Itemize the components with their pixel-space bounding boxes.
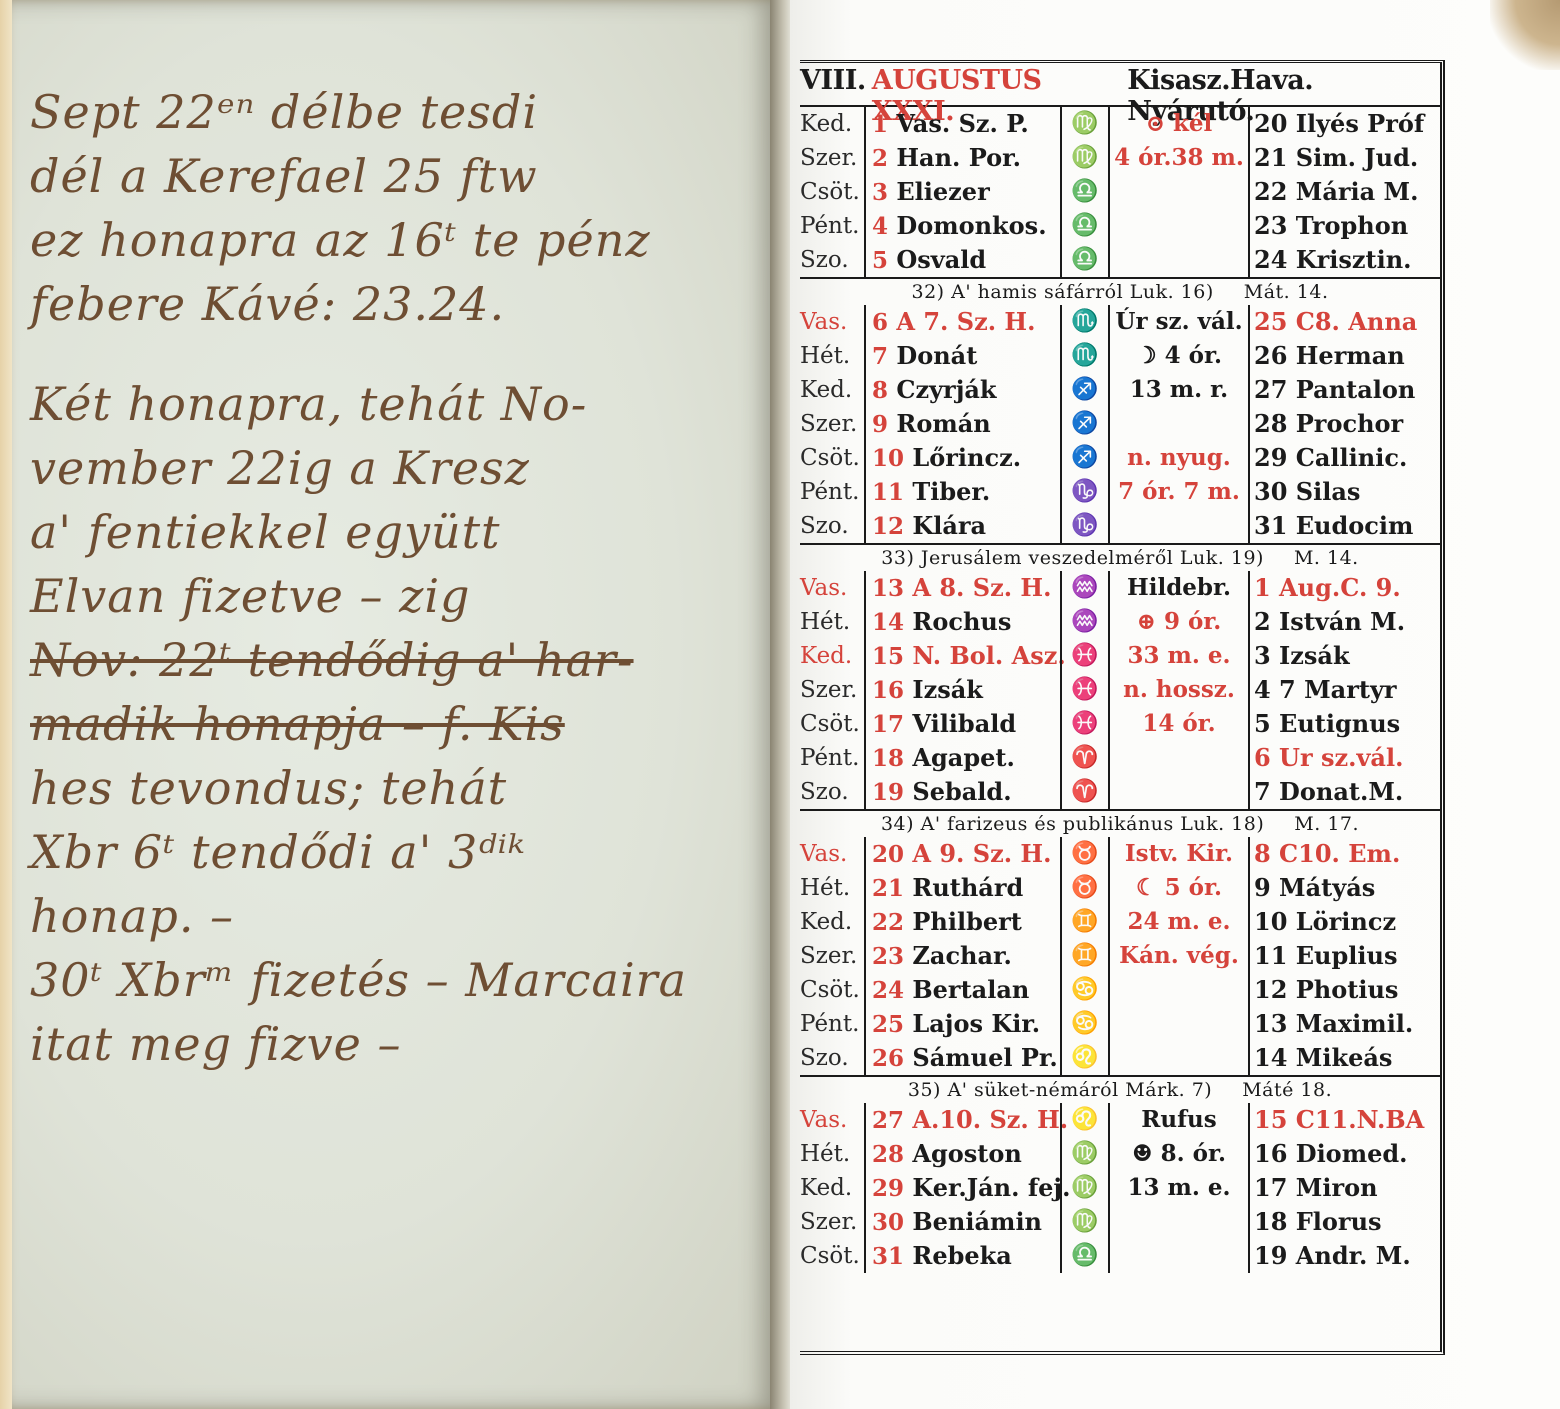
day-entry: 25 Lajos Kir. [872, 1007, 1060, 1041]
astronomical-note: 14 ór. [1110, 707, 1248, 741]
zodiac-sign-icon: ♍ [1071, 107, 1098, 141]
day-number: 12 [872, 513, 904, 540]
astronomical-note: 13 m. r. [1110, 373, 1248, 407]
old-style-date: 11 Euplius [1254, 939, 1440, 973]
astronomical-note: Úr sz. vál. [1110, 305, 1248, 339]
day-entry: 7 Donát [872, 339, 1060, 373]
astronomical-note [1110, 775, 1248, 809]
zodiac-sign-icon: ♍ [1071, 1205, 1098, 1239]
weekday-abbrev: Hét. [800, 339, 864, 373]
day-number: 31 [872, 1243, 904, 1270]
saint-name: Beniámin [912, 1207, 1042, 1236]
day-entry: 31 Rebeka [872, 1239, 1060, 1273]
zodiac-sign-icon: ♐ [1071, 407, 1098, 441]
weekday-abbrev: Szo. [800, 1041, 864, 1075]
zodiac-sign-icon: ♑ [1071, 509, 1098, 543]
weekday-abbrev: Pént. [800, 741, 864, 775]
calendar-weeks: Ked.Szer.Csöt.Pént.Szo.1 Vas. Sz. P.2 Ha… [800, 105, 1440, 1273]
zodiac-sign-icon: ♌ [1071, 1041, 1098, 1075]
zodiac-sign-icon: ♍ [1071, 141, 1098, 175]
weekday-abbrev: Csöt. [800, 973, 864, 1007]
day-entry: 29 Ker.Ján. fej. [872, 1171, 1060, 1205]
handwritten-line: 30ᵗ Xbrᵐ fizetés – Marcaira [30, 948, 760, 1012]
weekday-abbrev: Hét. [800, 871, 864, 905]
weekday-abbrev: Hét. [800, 605, 864, 639]
weekday-abbrev: Csöt. [800, 441, 864, 475]
day-entry: 16 Izsák [872, 673, 1060, 707]
day-number: 23 [872, 943, 904, 970]
old-style-date: 8 C10. Em. [1254, 837, 1440, 871]
astronomical-note [1110, 209, 1248, 243]
zodiac-sign-icon: ♏ [1071, 339, 1098, 373]
gospel-reading-heading: 35) A' süket-némáról Márk. 7)Máté 18. [800, 1075, 1440, 1103]
handwritten-line: vember 22ig a Kresz [30, 436, 760, 500]
handwritten-line: Nov: 22ᵗ tendődig a' har- [30, 628, 760, 692]
day-number: 11 [872, 479, 904, 506]
astronomical-note [1110, 1205, 1248, 1239]
old-style-date: 25 C8. Anna [1254, 305, 1440, 339]
old-style-date: 4 7 Martyr [1254, 673, 1440, 707]
day-entry: 22 Philbert [872, 905, 1060, 939]
day-number: 30 [872, 1209, 904, 1236]
astronomical-note: Rufus [1110, 1103, 1248, 1137]
saint-name: Vas. Sz. P. [896, 109, 1028, 138]
weekday-column: Vas.Hét.Ked.Szer.Csöt.Pént.Szo. [800, 571, 864, 809]
old-style-date: 3 Izsák [1254, 639, 1440, 673]
old-style-date: 23 Trophon [1254, 209, 1440, 243]
day-entry: 12 Klára [872, 509, 1060, 543]
calendar-week: Vas.Hét.Ked.Szer.Csöt.Pént.Szo.13 A 8. S… [800, 571, 1440, 809]
astronomical-note: 24 m. e. [1110, 905, 1248, 939]
zodiac-sign-icon: ♓ [1071, 673, 1098, 707]
day-entry: 10 Lőrincz. [872, 441, 1060, 475]
weekday-abbrev: Ked. [800, 1171, 864, 1205]
astronomical-note: 13 m. e. [1110, 1171, 1248, 1205]
astronomical-note: ☾ 5 ór. [1110, 871, 1248, 905]
weekday-abbrev: Csöt. [800, 1239, 864, 1273]
day-entry: 18 Agapet. [872, 741, 1060, 775]
weekday-abbrev: Ked. [800, 905, 864, 939]
day-number: 16 [872, 677, 904, 704]
saint-name: Izsák [912, 675, 983, 704]
astronomical-note: 4 ór.38 m. [1110, 141, 1248, 175]
astronomical-note [1110, 509, 1248, 543]
astronomy-column: Rufus☻ 8. ór.13 m. e. [1110, 1103, 1248, 1273]
zodiac-sign-icon: ♒ [1071, 571, 1098, 605]
gospel-reading-title: 35) A' süket-némáról Márk. 7) [908, 1079, 1212, 1101]
weekday-abbrev: Pént. [800, 1007, 864, 1041]
gospel-reading-reference: M. 17. [1294, 813, 1359, 835]
day-number: 15 [872, 643, 904, 670]
old-style-date: 5 Eutignus [1254, 707, 1440, 741]
day-entry: 28 Agoston [872, 1137, 1060, 1171]
saint-name: Román [896, 409, 990, 438]
weekday-abbrev: Ked. [800, 373, 864, 407]
astronomical-note [1110, 741, 1248, 775]
weekday-abbrev: Pént. [800, 475, 864, 509]
calendar-header: VIII. AUGUSTUS XXXI. Kisasz.Hava. Nyárut… [800, 63, 1440, 105]
weekday-abbrev: Szo. [800, 775, 864, 809]
weekday-abbrev: Ked. [800, 107, 864, 141]
zodiac-sign-icon: ♋ [1071, 973, 1098, 1007]
saint-name: Philbert [912, 907, 1022, 936]
saint-name: Zachar. [912, 941, 1011, 970]
zodiac-sign-icon: ♒ [1071, 605, 1098, 639]
zodiac-sign-icon: ♓ [1071, 639, 1098, 673]
saint-column: 6 A 7. Sz. H.7 Donát8 Czyrják9 Román10 L… [864, 305, 1060, 543]
saint-name: Lajos Kir. [912, 1009, 1040, 1038]
calendar-week: Vas.Hét.Ked.Szer.Csöt.Pént.Szo.20 A 9. S… [800, 837, 1440, 1075]
astronomy-column: Hildebr.⊕ 9 ór.33 m. e.n. hossz.14 ór. [1110, 571, 1248, 809]
weekday-abbrev: Ked. [800, 639, 864, 673]
calendar-week: Vas.Hét.Ked.Szer.Csöt.Pént.Szo.6 A 7. Sz… [800, 305, 1440, 543]
saint-name: Czyrják [896, 375, 996, 404]
day-number: 22 [872, 909, 904, 936]
day-number: 17 [872, 711, 904, 738]
saint-name: Ruthárd [912, 873, 1023, 902]
saint-name: Lőrincz. [912, 443, 1021, 472]
zodiac-sign-icon: ♍ [1071, 1171, 1098, 1205]
saint-name: Klára [912, 511, 986, 540]
astronomical-note [1110, 1041, 1248, 1075]
old-style-calendar-column: 20 Ilyés Próf21 Sim. Jud.22 Mária M.23 T… [1248, 107, 1440, 277]
weekday-abbrev: Szer. [800, 939, 864, 973]
zodiac-column: ♌♍♍♍♎ [1060, 1103, 1110, 1273]
weekday-column: Vas.Hét.Ked.Szer.Csöt.Pént.Szo. [800, 837, 864, 1075]
gospel-reading-title: 34) A' farizeus és publikánus Luk. 18) [881, 813, 1264, 835]
zodiac-column: ♒♒♓♓♓♈♈ [1060, 571, 1110, 809]
handwritten-line: Két honapra, tehát No- [30, 372, 760, 436]
saint-column: 1 Vas. Sz. P.2 Han. Por.3 Eliezer4 Domon… [864, 107, 1060, 277]
old-style-date: 31 Eudocim [1254, 509, 1440, 543]
astronomical-note: ☻ 8. ór. [1110, 1137, 1248, 1171]
astronomical-note [1110, 973, 1248, 1007]
weekday-abbrev: Vas. [800, 1103, 864, 1137]
day-number: 13 [872, 575, 904, 602]
old-style-calendar-column: 15 C11.N.BA16 Diomed.17 Miron18 Florus19… [1248, 1103, 1440, 1273]
saint-name: Ker.Ján. fej. [912, 1173, 1070, 1202]
zodiac-sign-icon: ♋ [1071, 1007, 1098, 1041]
saint-name: Domonkos. [896, 211, 1046, 240]
astronomical-note: n. hossz. [1110, 673, 1248, 707]
gospel-reading-reference: Mát. 14. [1244, 281, 1329, 303]
zodiac-column: ♉♉♊♊♋♋♌ [1060, 837, 1110, 1075]
weekday-abbrev: Szer. [800, 141, 864, 175]
weekday-column: Vas.Hét.Ked.Szer.Csöt.Pént.Szo. [800, 305, 864, 543]
zodiac-column: ♍♍♎♎♎ [1060, 107, 1110, 277]
zodiac-sign-icon: ♐ [1071, 373, 1098, 407]
day-number: 29 [872, 1175, 904, 1202]
old-style-date: 16 Diomed. [1254, 1137, 1440, 1171]
handwritten-line [30, 336, 760, 372]
weekday-abbrev: Vas. [800, 305, 864, 339]
day-entry: 9 Román [872, 407, 1060, 441]
saint-name: Eliezer [896, 177, 989, 206]
zodiac-sign-icon: ♎ [1071, 243, 1098, 277]
old-style-date: 26 Herman [1254, 339, 1440, 373]
handwritten-notes: Sept 22ᵉⁿ délbe tesdidél a Kerefael 25 f… [30, 80, 760, 1076]
zodiac-sign-icon: ♊ [1071, 905, 1098, 939]
zodiac-sign-icon: ♎ [1071, 209, 1098, 243]
astronomical-note [1110, 1239, 1248, 1273]
saint-name: Han. Por. [896, 143, 1021, 172]
zodiac-sign-icon: ♍ [1071, 1137, 1098, 1171]
saint-name: Sebald. [912, 777, 1011, 806]
saint-name: N. Bol. Asz. [912, 641, 1065, 670]
saint-name: Agoston [912, 1139, 1021, 1168]
saint-name: Agapet. [912, 743, 1014, 772]
saint-name: A 7. Sz. H. [896, 307, 1035, 336]
astronomical-note [1110, 407, 1248, 441]
day-number: 24 [872, 977, 904, 1004]
day-entry: 19 Sebald. [872, 775, 1060, 809]
day-number: 4 [872, 213, 888, 240]
calendar-week: Ked.Szer.Csöt.Pént.Szo.1 Vas. Sz. P.2 Ha… [800, 107, 1440, 277]
weekday-abbrev: Szo. [800, 243, 864, 277]
weekday-abbrev: Pént. [800, 209, 864, 243]
day-entry: 3 Eliezer [872, 175, 1060, 209]
old-style-date: 6 Ur sz.vál. [1254, 741, 1440, 775]
handwritten-line: honap. – [30, 884, 760, 948]
astronomical-note [1110, 1007, 1248, 1041]
saint-name: Osvald [896, 245, 986, 274]
old-style-calendar-column: 1 Aug.C. 9.2 István M.3 Izsák4 7 Martyr5… [1248, 571, 1440, 809]
astronomical-note: Hildebr. [1110, 571, 1248, 605]
astronomical-note: Istv. Kir. [1110, 837, 1248, 871]
old-style-date: 27 Pantalon [1254, 373, 1440, 407]
astronomical-note [1110, 243, 1248, 277]
weekday-abbrev: Csöt. [800, 175, 864, 209]
weekday-column: Ked.Szer.Csöt.Pént.Szo. [800, 107, 864, 277]
saint-name: Tiber. [912, 477, 990, 506]
astronomical-note: ⊕ 9 ór. [1110, 605, 1248, 639]
day-entry: 20 A 9. Sz. H. [872, 837, 1060, 871]
day-entry: 5 Osvald [872, 243, 1060, 277]
old-style-date: 24 Krisztin. [1254, 243, 1440, 277]
day-number: 10 [872, 445, 904, 472]
day-number: 25 [872, 1011, 904, 1038]
saint-column: 27 A.10. Sz. H.28 Agoston29 Ker.Ján. fej… [864, 1103, 1060, 1273]
zodiac-sign-icon: ♈ [1071, 775, 1098, 809]
old-style-date: 7 Donat.M. [1254, 775, 1440, 809]
old-style-date: 10 Lörincz [1254, 905, 1440, 939]
zodiac-sign-icon: ♏ [1071, 305, 1098, 339]
page-edge [0, 0, 12, 1409]
old-style-date: 29 Callinic. [1254, 441, 1440, 475]
day-entry: 11 Tiber. [872, 475, 1060, 509]
astronomical-note: ☽ 4 ór. [1110, 339, 1248, 373]
weekday-abbrev: Vas. [800, 571, 864, 605]
day-number: 6 [872, 309, 888, 336]
day-number: 18 [872, 745, 904, 772]
astronomical-note: n. nyug. [1110, 441, 1248, 475]
day-number: 3 [872, 179, 888, 206]
day-entry: 4 Domonkos. [872, 209, 1060, 243]
day-entry: 6 A 7. Sz. H. [872, 305, 1060, 339]
zodiac-sign-icon: ♎ [1071, 1239, 1098, 1273]
weekday-abbrev: Vas. [800, 837, 864, 871]
book-gutter [770, 0, 792, 1409]
zodiac-sign-icon: ♓ [1071, 707, 1098, 741]
saint-name: Vilibald [912, 709, 1016, 738]
old-style-date: 22 Mária M. [1254, 175, 1440, 209]
handwritten-line: febere Kávé: 23.24. [30, 272, 760, 336]
day-number: 9 [872, 411, 888, 438]
old-style-date: 15 C11.N.BA [1254, 1103, 1440, 1137]
day-number: 7 [872, 343, 888, 370]
weekday-abbrev: Szer. [800, 673, 864, 707]
handwritten-line: hes tevondus; tehát [30, 756, 760, 820]
old-style-date: 12 Photius [1254, 973, 1440, 1007]
month-roman-numeral: VIII. [800, 65, 866, 96]
gospel-reading-heading: 34) A' farizeus és publikánus Luk. 18)M.… [800, 809, 1440, 837]
day-entry: 8 Czyrják [872, 373, 1060, 407]
day-number: 2 [872, 145, 888, 172]
old-style-date: 1 Aug.C. 9. [1254, 571, 1440, 605]
day-number: 27 [872, 1107, 904, 1134]
day-number: 21 [872, 875, 904, 902]
day-entry: 27 A.10. Sz. H. [872, 1103, 1060, 1137]
zodiac-sign-icon: ♉ [1071, 871, 1098, 905]
weekday-abbrev: Szer. [800, 407, 864, 441]
old-style-date: 19 Andr. M. [1254, 1239, 1440, 1273]
old-style-calendar-column: 25 C8. Anna26 Herman27 Pantalon28 Procho… [1248, 305, 1440, 543]
handwritten-line: ez honapra az 16ᵗ te pénz [30, 208, 760, 272]
day-number: 28 [872, 1141, 904, 1168]
saint-name: Donát [896, 341, 977, 370]
weekday-abbrev: Csöt. [800, 707, 864, 741]
zodiac-sign-icon: ♐ [1071, 441, 1098, 475]
handwritten-line: Xbr 6ᵗ tendődi a' 3ᵈⁱᵏ [30, 820, 760, 884]
august-calendar: VIII. AUGUSTUS XXXI. Kisasz.Hava. Nyárut… [800, 60, 1445, 1355]
handwritten-page: Sept 22ᵉⁿ délbe tesdidél a Kerefael 25 f… [0, 0, 780, 1409]
day-entry: 14 Rochus [872, 605, 1060, 639]
weekday-abbrev: Szo. [800, 509, 864, 543]
day-entry: 24 Bertalan [872, 973, 1060, 1007]
zodiac-sign-icon: ♉ [1071, 837, 1098, 871]
gospel-reading-heading: 32) A' hamis sáfárról Luk. 16)Mát. 14. [800, 277, 1440, 305]
zodiac-sign-icon: ♑ [1071, 475, 1098, 509]
zodiac-sign-icon: ♎ [1071, 175, 1098, 209]
day-number: 5 [872, 247, 888, 274]
gospel-reading-reference: M. 14. [1294, 547, 1359, 569]
old-style-date: 14 Mikeás [1254, 1041, 1440, 1075]
astronomy-column: Istv. Kir.☾ 5 ór.24 m. e.Kán. vég. [1110, 837, 1248, 1075]
old-style-date: 2 István M. [1254, 605, 1440, 639]
saint-name: Rebeka [912, 1241, 1011, 1270]
handwritten-line: dél a Kerefael 25 ftw [30, 144, 760, 208]
day-entry: 2 Han. Por. [872, 141, 1060, 175]
open-almanac-spread: Sept 22ᵉⁿ délbe tesdidél a Kerefael 25 f… [0, 0, 1560, 1409]
handwritten-line: madik honapja – f. Kis [30, 692, 760, 756]
zodiac-sign-icon: ♊ [1071, 939, 1098, 973]
day-entry: 15 N. Bol. Asz. [872, 639, 1060, 673]
saint-name: Sámuel Pr. [912, 1043, 1057, 1072]
day-entry: 30 Beniámin [872, 1205, 1060, 1239]
saint-column: 20 A 9. Sz. H.21 Ruthárd22 Philbert23 Za… [864, 837, 1060, 1075]
old-style-date: 9 Mátyás [1254, 871, 1440, 905]
day-entry: 13 A 8. Sz. H. [872, 571, 1060, 605]
saint-name: Rochus [912, 607, 1011, 636]
day-entry: 23 Zachar. [872, 939, 1060, 973]
day-number: 19 [872, 779, 904, 806]
gospel-reading-heading: 33) Jerusálem veszedelméről Luk. 19)M. 1… [800, 543, 1440, 571]
day-number: 8 [872, 377, 888, 404]
saint-name: Bertalan [912, 975, 1029, 1004]
saint-name: A.10. Sz. H. [912, 1105, 1068, 1134]
gospel-reading-reference: Máté 18. [1242, 1079, 1332, 1101]
gospel-reading-title: 32) A' hamis sáfárról Luk. 16) [912, 281, 1214, 303]
astronomy-column: ⊙ kél4 ór.38 m. [1110, 107, 1248, 277]
handwritten-line: a' fentiekkel együtt [30, 500, 760, 564]
astronomical-note: 33 m. e. [1110, 639, 1248, 673]
astronomical-note [1110, 175, 1248, 209]
old-style-date: 21 Sim. Jud. [1254, 141, 1440, 175]
day-entry: 17 Vilibald [872, 707, 1060, 741]
old-style-date: 17 Miron [1254, 1171, 1440, 1205]
day-number: 20 [872, 841, 904, 868]
day-entry: 1 Vas. Sz. P. [872, 107, 1060, 141]
old-style-date: 13 Maximil. [1254, 1007, 1440, 1041]
day-entry: 26 Sámuel Pr. [872, 1041, 1060, 1075]
old-style-calendar-column: 8 C10. Em.9 Mátyás10 Lörincz11 Euplius12… [1248, 837, 1440, 1075]
astronomical-note: Kán. vég. [1110, 939, 1248, 973]
day-number: 1 [872, 111, 888, 138]
calendar-week: Vas.Hét.Ked.Szer.Csöt.27 A.10. Sz. H.28 … [800, 1103, 1440, 1273]
weekday-column: Vas.Hét.Ked.Szer.Csöt. [800, 1103, 864, 1273]
astronomical-note: 7 ór. 7 m. [1110, 475, 1248, 509]
day-number: 14 [872, 609, 904, 636]
old-style-date: 28 Prochor [1254, 407, 1440, 441]
saint-name: A 8. Sz. H. [912, 573, 1051, 602]
weekday-abbrev: Hét. [800, 1137, 864, 1171]
old-style-date: 18 Florus [1254, 1205, 1440, 1239]
day-entry: 21 Ruthárd [872, 871, 1060, 905]
astronomy-column: Úr sz. vál.☽ 4 ór.13 m. r.n. nyug.7 ór. … [1110, 305, 1248, 543]
saint-name: A 9. Sz. H. [912, 839, 1051, 868]
zodiac-sign-icon: ♌ [1071, 1103, 1098, 1137]
handwritten-line: Elvan fizetve – zig [30, 564, 760, 628]
corner-stain [1490, 0, 1560, 70]
old-style-date: 30 Silas [1254, 475, 1440, 509]
old-style-date: 20 Ilyés Próf [1254, 107, 1440, 141]
gospel-reading-title: 33) Jerusálem veszedelméről Luk. 19) [881, 547, 1264, 569]
saint-column: 13 A 8. Sz. H.14 Rochus15 N. Bol. Asz.16… [864, 571, 1060, 809]
day-number: 26 [872, 1045, 904, 1072]
zodiac-column: ♏♏♐♐♐♑♑ [1060, 305, 1110, 543]
weekday-abbrev: Szer. [800, 1205, 864, 1239]
handwritten-line: Sept 22ᵉⁿ délbe tesdi [30, 80, 760, 144]
astronomical-note: ⊙ kél [1110, 107, 1248, 141]
handwritten-line: itat meg fizve – [30, 1012, 760, 1076]
zodiac-sign-icon: ♈ [1071, 741, 1098, 775]
